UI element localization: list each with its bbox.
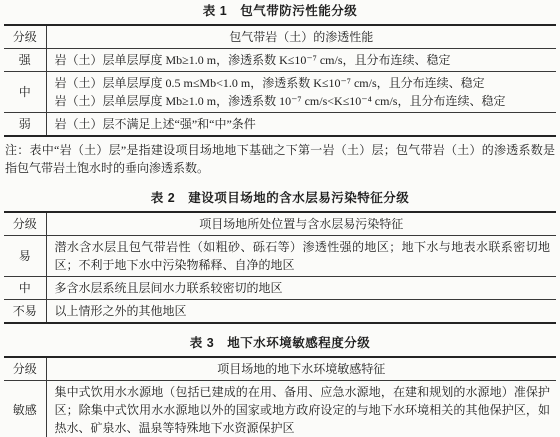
feature-line: 潜水含水层且包气带岩性（如粗砂、砾石等）渗透性强的地区；地下水与地表水联系密切地… — [55, 238, 551, 274]
table3-header-grade: 分级 — [4, 357, 46, 381]
table3-groundwater-environment-sensitivity-grading: 分级 项目场地的地下水环境敏感特征 敏感 集中式饮用水水源地（包括已建成的在用、… — [4, 356, 556, 437]
feature-cell: 以上情形之外的其他地区 — [46, 300, 556, 324]
grade-cell: 敏感 — [4, 381, 46, 437]
table2-header-grade: 分级 — [4, 212, 46, 236]
table3-header-row: 分级 项目场地的地下水环境敏感特征 — [4, 357, 556, 381]
feature-cell: 集中式饮用水水源地（包括已建成的在用、备用、应急水源地，在建和规划的水源地）准保… — [46, 381, 556, 437]
feature-line: 岩（土）层单层厚度 0.5 m≤Mb<1.0 m，渗透系数 K≤10⁻⁷ cm/… — [55, 74, 551, 92]
feature-line: 集中式饮用水水源地（包括已建成的在用、备用、应急水源地，在建和规划的水源地）准保… — [55, 383, 551, 437]
grade-cell: 中 — [4, 277, 46, 300]
table1-header-grade: 分级 — [4, 25, 46, 49]
table2-aquifer-pollution-susceptibility-grading: 分级 项目场地所处位置与含水层易污染特征 易 潜水含水层且包气带岩性（如粗砂、砾… — [4, 211, 556, 324]
table1-title: 表 1 包气带防污性能分级 — [4, 4, 556, 19]
table-row: 不易 以上情形之外的其他地区 — [4, 300, 556, 324]
grade-cell: 中 — [4, 72, 46, 113]
feature-cell: 岩（土）层单层厚度 0.5 m≤Mb<1.0 m，渗透系数 K≤10⁻⁷ cm/… — [46, 72, 556, 113]
table-row: 敏感 集中式饮用水水源地（包括已建成的在用、备用、应急水源地，在建和规划的水源地… — [4, 381, 556, 437]
table3-header-feature: 项目场地的地下水环境敏感特征 — [46, 357, 556, 381]
feature-line: 多含水层系统且层间水力联系较密切的地区 — [55, 279, 551, 297]
document-page: 表 1 包气带防污性能分级 分级 包气带岩（土）的渗透性能 强 岩（土）层单层厚… — [0, 0, 560, 437]
table-row: 中 岩（土）层单层厚度 0.5 m≤Mb<1.0 m，渗透系数 K≤10⁻⁷ c… — [4, 72, 556, 113]
grade-cell: 不易 — [4, 300, 46, 324]
feature-cell: 潜水含水层且包气带岩性（如粗砂、砾石等）渗透性强的地区；地下水与地表水联系密切地… — [46, 236, 556, 277]
grade-cell: 弱 — [4, 113, 46, 137]
table-row: 易 潜水含水层且包气带岩性（如粗砂、砾石等）渗透性强的地区；地下水与地表水联系密… — [4, 236, 556, 277]
grade-cell: 强 — [4, 49, 46, 72]
feature-line: 岩（土）层单层厚度 Mb≥1.0 m，渗透系数 10⁻⁷ cm/s<K≤10⁻⁴… — [55, 92, 551, 110]
feature-line: 岩（土）层不满足上述“强”和“中”条件 — [55, 115, 551, 133]
table1-vadose-zone-antipollution-grading: 分级 包气带岩（土）的渗透性能 强 岩（土）层单层厚度 Mb≥1.0 m，渗透系… — [4, 24, 556, 137]
table-row: 弱 岩（土）层不满足上述“强”和“中”条件 — [4, 113, 556, 137]
table1-header-feature: 包气带岩（土）的渗透性能 — [46, 25, 556, 49]
table1-footnote: 注：表中“岩（土）层”是指建设项目场地地下基础之下第一岩（土）层；包气带岩（土）… — [5, 141, 555, 177]
table3-title: 表 3 地下水环境敏感程度分级 — [4, 336, 556, 351]
table-row: 强 岩（土）层单层厚度 Mb≥1.0 m，渗透系数 K≤10⁻⁷ cm/s，且分… — [4, 49, 556, 72]
grade-cell: 易 — [4, 236, 46, 277]
feature-line: 以上情形之外的其他地区 — [55, 302, 551, 320]
table1-header-row: 分级 包气带岩（土）的渗透性能 — [4, 25, 556, 49]
feature-cell: 岩（土）层单层厚度 Mb≥1.0 m，渗透系数 K≤10⁻⁷ cm/s，且分布连… — [46, 49, 556, 72]
feature-cell: 多含水层系统且层间水力联系较密切的地区 — [46, 277, 556, 300]
table-row: 中 多含水层系统且层间水力联系较密切的地区 — [4, 277, 556, 300]
table2-header-feature: 项目场地所处位置与含水层易污染特征 — [46, 212, 556, 236]
feature-line: 岩（土）层单层厚度 Mb≥1.0 m，渗透系数 K≤10⁻⁷ cm/s，且分布连… — [55, 51, 551, 69]
feature-cell: 岩（土）层不满足上述“强”和“中”条件 — [46, 113, 556, 137]
table2-header-row: 分级 项目场地所处位置与含水层易污染特征 — [4, 212, 556, 236]
table2-title: 表 2 建设项目场地的含水层易污染特征分级 — [4, 191, 556, 206]
